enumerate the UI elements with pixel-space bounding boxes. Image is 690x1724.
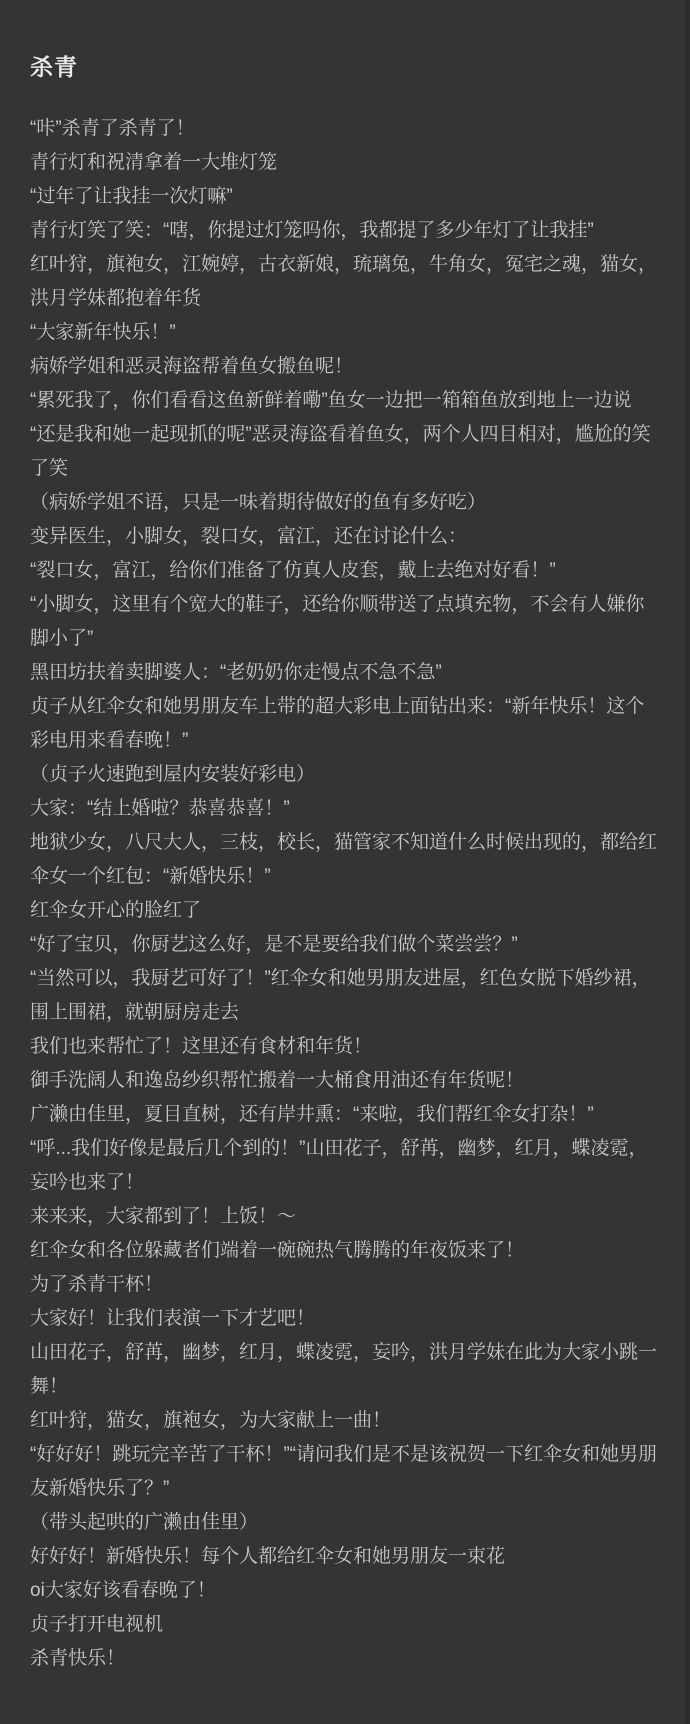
story-paragraph: “大家新年快乐！” — [30, 316, 660, 350]
story-paragraph: 大家好！让我们表演一下才艺吧！ — [30, 1302, 660, 1336]
story-paragraph: 红叶狩，猫女，旗袍女，为大家献上一曲！ — [30, 1404, 660, 1438]
story-paragraph: 大家：“结上婚啦？恭喜恭喜！” — [30, 792, 660, 826]
story-paragraph: “当然可以，我厨艺可好了！”红伞女和她男朋友进屋，红色女脱下婚纱裙，围上围裙，就… — [30, 962, 660, 1030]
story-paragraph: “呼...我们好像是最后几个到的！”山田花子，舒苒，幽梦，红月，蝶凌霓，妄吟也来… — [30, 1132, 660, 1200]
page: { "page": { "background_color": "#343434… — [0, 0, 690, 1724]
story-paragraph: 杀青快乐！ — [30, 1642, 660, 1676]
story-paragraph: “累死我了，你们看看这鱼新鲜着嘞”鱼女一边把一箱箱鱼放到地上一边说 — [30, 384, 660, 418]
story-paragraph: 地狱少女，八尺大人，三枝，校长，猫管家不知道什么时候出现的，都给红伞女一个红包：… — [30, 826, 660, 894]
story-paragraph: 青行灯和祝清拿着一大堆灯笼 — [30, 146, 660, 180]
story-paragraph: 广濑由佳里，夏目直树，还有岸井熏：“来啦，我们帮红伞女打杂！” — [30, 1098, 660, 1132]
story-body: “咔”杀青了杀青了！青行灯和祝清拿着一大堆灯笼“过年了让我挂一次灯嘛”青行灯笑了… — [30, 112, 660, 1676]
story-paragraph: 好好好！新婚快乐！每个人都给红伞女和她男朋友一束花 — [30, 1540, 660, 1574]
story-paragraph: “裂口女，富江，给你们准备了仿真人皮套，戴上去绝对好看！” — [30, 554, 660, 588]
story-paragraph: 贞子打开电视机 — [30, 1608, 660, 1642]
story-paragraph: “小脚女，这里有个宽大的鞋子，还给你顺带送了点填充物，不会有人嫌你脚小了” — [30, 588, 660, 656]
story-paragraph: “好了宝贝，你厨艺这么好，是不是要给我们做个菜尝尝？” — [30, 928, 660, 962]
right-edge-shade — [685, 0, 690, 1724]
story-paragraph: 红叶狩，旗袍女，江婉婷，古衣新娘，琉璃兔，牛角女，冤宅之魂，猫女，洪月学妹都抱着… — [30, 248, 660, 316]
story-paragraph: 变异医生，小脚女，裂口女，富江，还在讨论什么： — [30, 520, 660, 554]
story-paragraph: （病娇学姐不语，只是一味着期待做好的鱼有多好吃） — [30, 486, 660, 520]
story-paragraph: 红伞女开心的脸红了 — [30, 894, 660, 928]
story-paragraph: “还是我和她一起现抓的呢”恶灵海盗看着鱼女，两个人四目相对，尴尬的笑了笑 — [30, 418, 660, 486]
story-paragraph: 来来来，大家都到了！上饭！～ — [30, 1200, 660, 1234]
story-paragraph: “过年了让我挂一次灯嘛” — [30, 180, 660, 214]
page-title: 杀青 — [30, 52, 660, 82]
story-paragraph: 为了杀青干杯！ — [30, 1268, 660, 1302]
story-paragraph: 青行灯笑了笑：“嗐，你提过灯笼吗你，我都提了多少年灯了让我挂” — [30, 214, 660, 248]
story-paragraph: “咔”杀青了杀青了！ — [30, 112, 660, 146]
story-paragraph: 贞子从红伞女和她男朋友车上带的超大彩电上面钻出来：“新年快乐！这个彩电用来看春晚… — [30, 690, 660, 758]
story-paragraph: oi大家好该看春晚了！ — [30, 1574, 660, 1608]
story-paragraph: （带头起哄的广濑由佳里） — [30, 1506, 660, 1540]
story-paragraph: “好好好！跳玩完辛苦了干杯！”“请问我们是不是该祝贺一下红伞女和她男朋友新婚快乐… — [30, 1438, 660, 1506]
story-paragraph: 御手洗阔人和逸岛纱织帮忙搬着一大桶食用油还有年货呢！ — [30, 1064, 660, 1098]
story-paragraph: 山田花子，舒苒，幽梦，红月，蝶凌霓，妄吟，洪月学妹在此为大家小跳一舞！ — [30, 1336, 660, 1404]
story-paragraph: 红伞女和各位躲藏者们端着一碗碗热气腾腾的年夜饭来了！ — [30, 1234, 660, 1268]
story-paragraph: （贞子火速跑到屋内安装好彩电） — [30, 758, 660, 792]
story-page: 杀青 “咔”杀青了杀青了！青行灯和祝清拿着一大堆灯笼“过年了让我挂一次灯嘛”青行… — [0, 0, 690, 1724]
story-paragraph: 病娇学姐和恶灵海盗帮着鱼女搬鱼呢！ — [30, 350, 660, 384]
story-paragraph: 我们也来帮忙了！这里还有食材和年货！ — [30, 1030, 660, 1064]
story-paragraph: 黑田坊扶着卖脚婆人：“老奶奶你走慢点不急不急” — [30, 656, 660, 690]
